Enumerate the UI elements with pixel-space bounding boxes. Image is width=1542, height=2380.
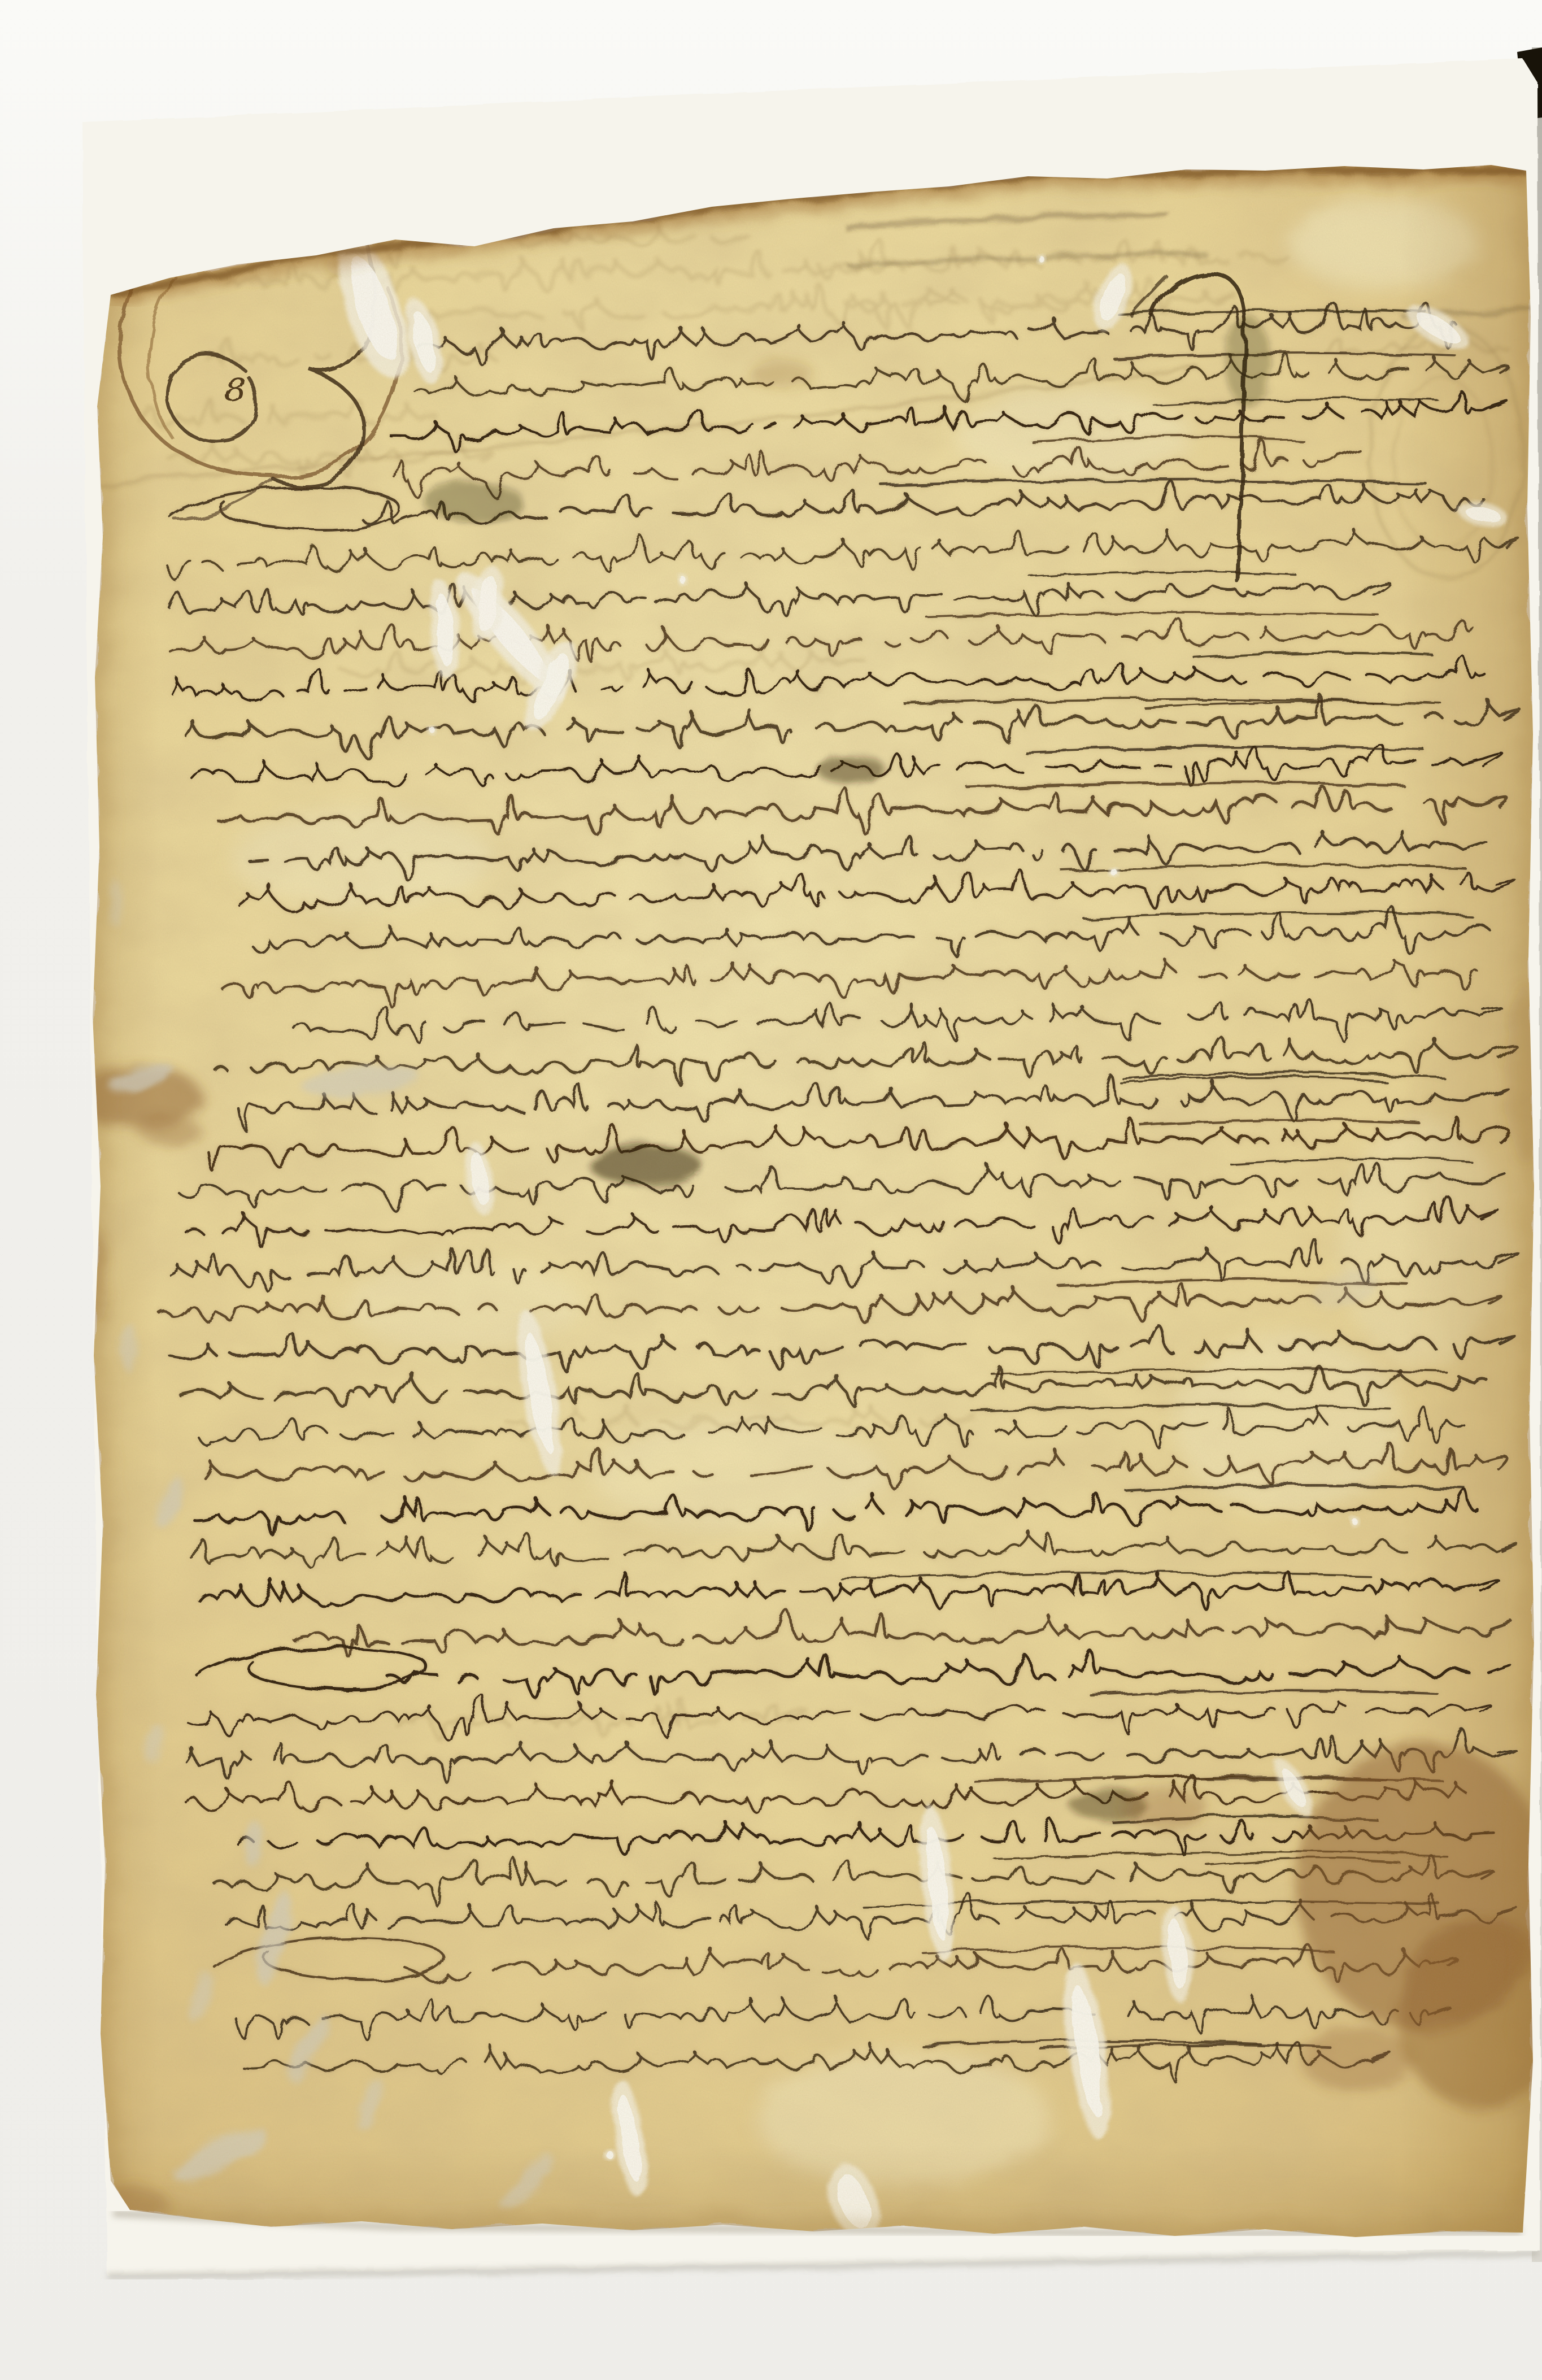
paper-grain <box>85 153 1542 2243</box>
manuscript-page: 8 <box>64 153 1542 2245</box>
photo-canvas: 8 <box>0 0 1542 2380</box>
manuscript-photo: 8 <box>0 0 1542 2380</box>
